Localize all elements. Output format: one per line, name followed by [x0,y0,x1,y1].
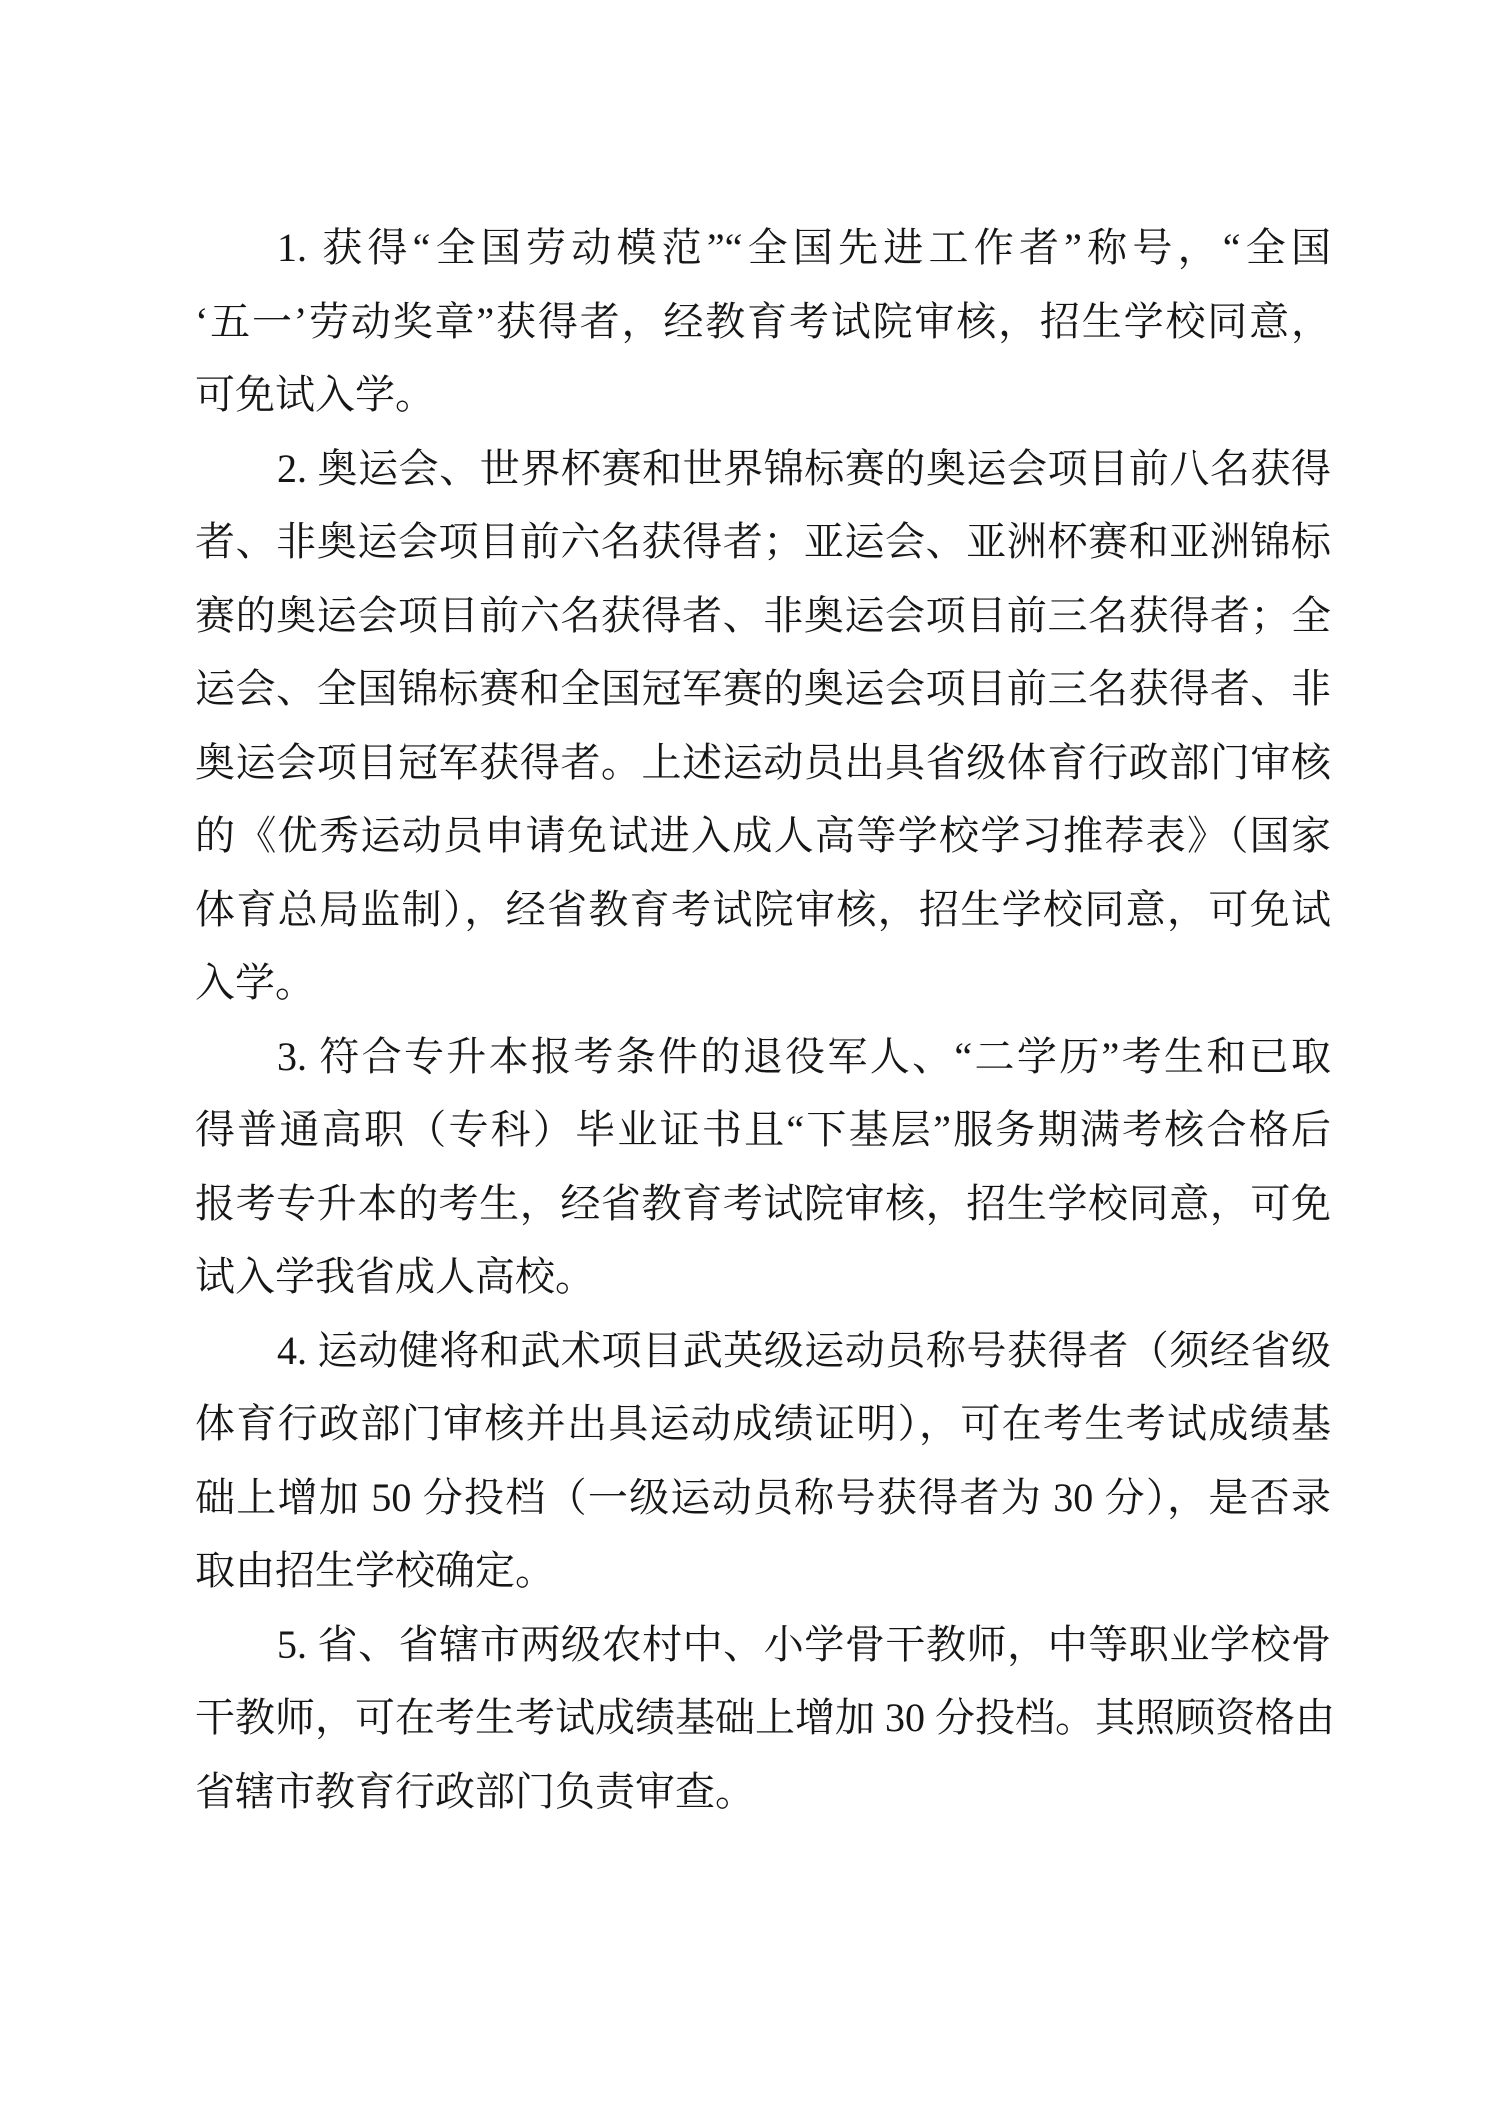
paragraph-3: 3. 符合专升本报考条件的退役军人、“二学历”考生和已取得普通高职（专科）毕业证… [195,1020,1331,1314]
text-line: 的《优秀运动员申请免试进入成人高等学校学习推荐表》（国家 [195,799,1331,873]
text-line: 1. 获得“全国劳动模范”“全国先进工作者”称号，“全国 [195,211,1331,285]
text-line: 体育行政部门审核并出具运动成绩证明），可在考生考试成绩基 [195,1387,1331,1461]
text-line: 础上增加 50 分投档（一级运动员称号获得者为 30 分），是否录 [195,1461,1331,1535]
text-line: 5. 省、省辖市两级农村中、小学骨干教师，中等职业学校骨 [195,1608,1331,1682]
text-line: 省辖市教育行政部门负责审查。 [195,1755,1331,1829]
paragraph-4: 4. 运动健将和武术项目武英级运动员称号获得者（须经省级体育行政部门审核并出具运… [195,1314,1331,1608]
text-line: ‘五一’劳动奖章”获得者，经教育考试院审核，招生学校同意， [195,285,1331,359]
paragraph-5: 5. 省、省辖市两级农村中、小学骨干教师，中等职业学校骨干教师，可在考生考试成绩… [195,1608,1331,1829]
text-line: 取由招生学校确定。 [195,1534,1331,1608]
text-line: 体育总局监制），经省教育考试院审核，招生学校同意，可免试 [195,873,1331,947]
text-line: 干教师，可在考生考试成绩基础上增加 30 分投档。其照顾资格由 [195,1681,1331,1755]
text-line: 3. 符合专升本报考条件的退役军人、“二学历”考生和已取 [195,1020,1331,1094]
text-line: 可免试入学。 [195,358,1331,432]
text-line: 运会、全国锦标赛和全国冠军赛的奥运会项目前三名获得者、非 [195,652,1331,726]
text-line: 赛的奥运会项目前六名获得者、非奥运会项目前三名获得者；全 [195,579,1331,653]
paragraph-2: 2. 奥运会、世界杯赛和世界锦标赛的奥运会项目前八名获得者、非奥运会项目前六名获… [195,432,1331,1020]
text-line: 试入学我省成人高校。 [195,1240,1331,1314]
text-line: 者、非奥运会项目前六名获得者；亚运会、亚洲杯赛和亚洲锦标 [195,505,1331,579]
text-line: 报考专升本的考生，经省教育考试院审核，招生学校同意，可免 [195,1167,1331,1241]
text-line: 得普通高职（专科）毕业证书且“下基层”服务期满考核合格后 [195,1093,1331,1167]
text-line: 4. 运动健将和武术项目武英级运动员称号获得者（须经省级 [195,1314,1331,1388]
text-line: 2. 奥运会、世界杯赛和世界锦标赛的奥运会项目前八名获得 [195,432,1331,506]
text-line: 奥运会项目冠军获得者。上述运动员出具省级体育行政部门审核 [195,726,1331,800]
document-text-column: 1. 获得“全国劳动模范”“全国先进工作者”称号，“全国‘五一’劳动奖章”获得者… [195,211,1331,1828]
text-line: 入学。 [195,946,1331,1020]
paragraph-1: 1. 获得“全国劳动模范”“全国先进工作者”称号，“全国‘五一’劳动奖章”获得者… [195,211,1331,432]
document-page: 1. 获得“全国劳动模范”“全国先进工作者”称号，“全国‘五一’劳动奖章”获得者… [0,0,1497,2117]
